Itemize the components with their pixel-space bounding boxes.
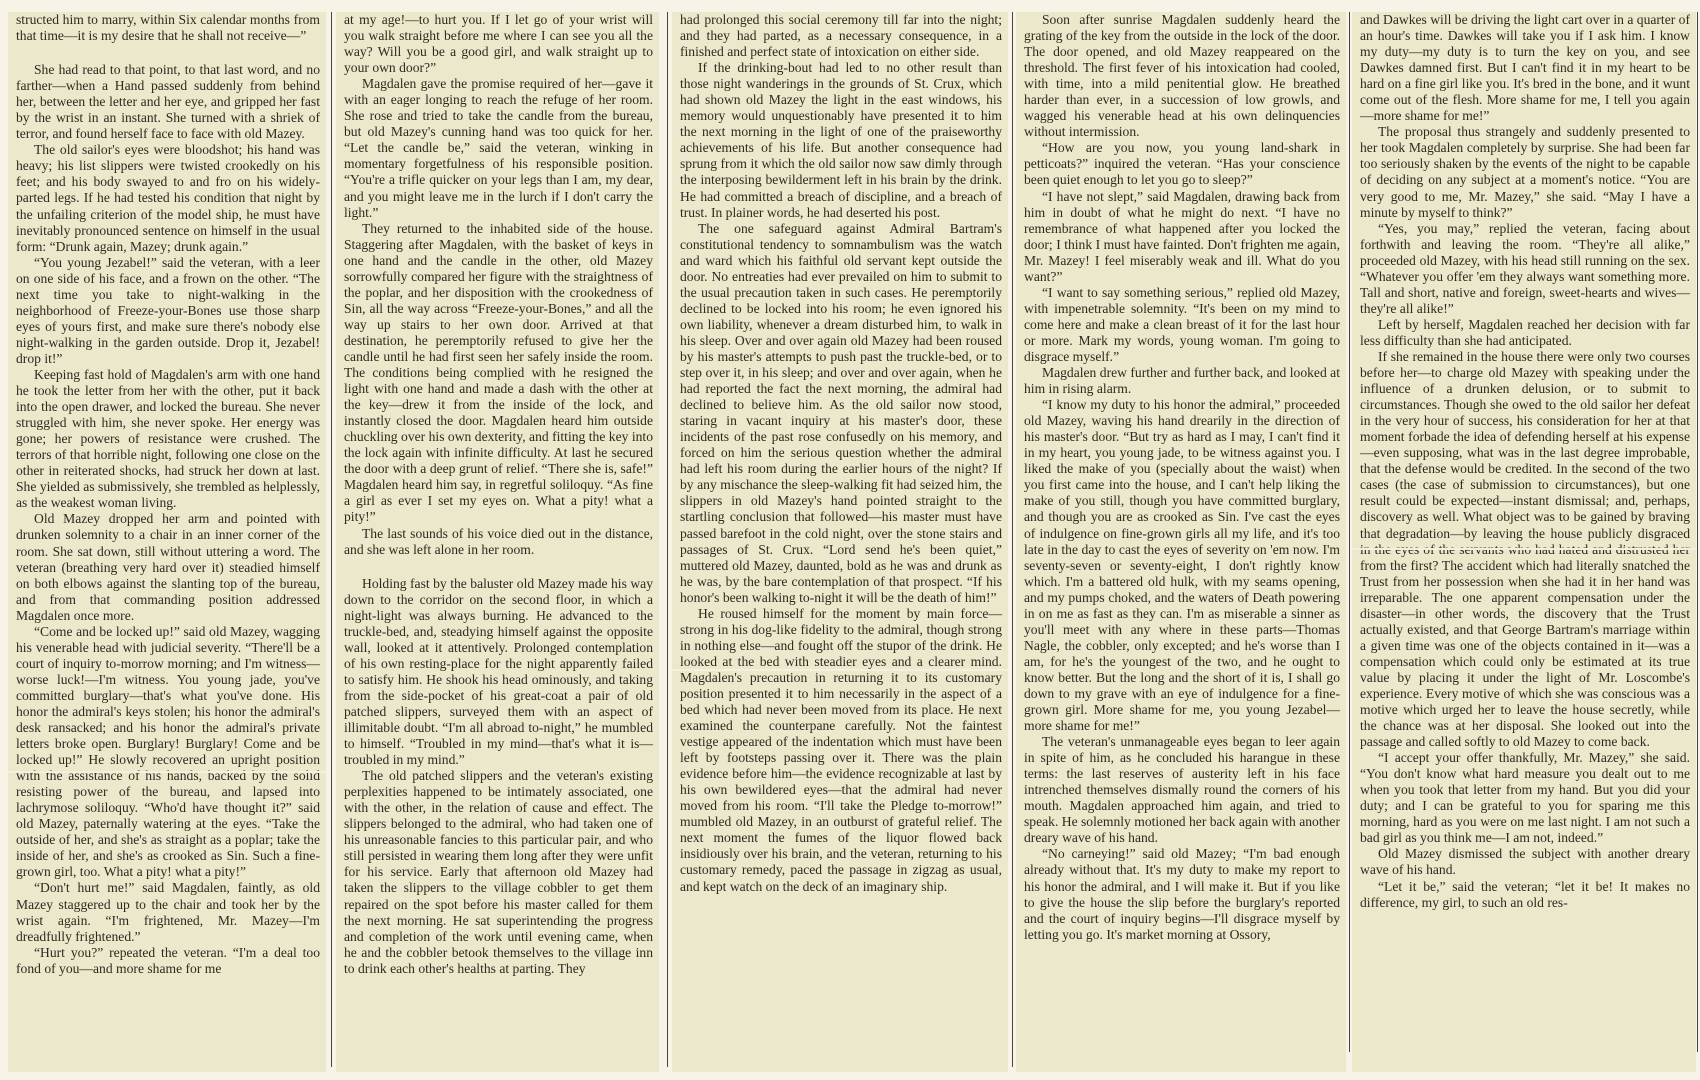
column-rule (331, 12, 332, 1067)
clipping-seam (8, 771, 326, 773)
paragraph: Old Mazey dismissed the subject with ano… (1360, 846, 1690, 878)
paragraph: “I want to say something serious,” repli… (1024, 285, 1340, 365)
paragraph: “No carneying!” said old Mazey; “I'm bad… (1024, 846, 1340, 942)
column-rule (667, 12, 668, 1067)
paragraph: The one safeguard against Admiral Bartra… (680, 221, 1002, 606)
paragraph: “How are you now, you young land-shark i… (1024, 140, 1340, 188)
text-column-2: at my age!—to hurt you. If I let go of y… (336, 12, 659, 1072)
paragraph: Magdalen gave the promise required of he… (344, 76, 653, 220)
paragraph: They returned to the inhabited side of t… (344, 221, 653, 526)
paragraph: “Let it be,” said the veteran; “let it b… (1360, 879, 1690, 911)
text-column-4: Soon after sunrise Magdalen suddenly hea… (1016, 12, 1346, 1072)
paragraph: The veteran's unmanageable eyes began to… (1024, 734, 1340, 846)
paragraph: “Yes, you may,” replied the veteran, fac… (1360, 221, 1690, 317)
paragraph: Soon after sunrise Magdalen suddenly hea… (1024, 12, 1340, 140)
paragraph: at my age!—to hurt you. If I let go of y… (344, 12, 653, 76)
paragraph: structed him to marry, within Six calend… (16, 12, 320, 44)
paragraph: and Dawkes will be driving the light car… (1360, 12, 1690, 124)
paragraph: Keeping fast hold of Magdalen's arm with… (16, 367, 320, 511)
paragraph: “You young Jezabel!” said the veteran, w… (16, 255, 320, 367)
text-column-1: structed him to marry, within Six calend… (8, 12, 326, 1072)
paragraph: Left by herself, Magdalen reached her de… (1360, 317, 1690, 349)
paragraph: “I accept your offer thankfully, Mr. Maz… (1360, 750, 1690, 846)
column-rule (1697, 12, 1698, 1052)
paragraph: Old Mazey dropped her arm and pointed wi… (16, 511, 320, 623)
clipping-seam (672, 669, 1008, 671)
paragraph: The old patched slippers and the veteran… (344, 768, 653, 977)
paragraph: “Hurt you?” repeated the veteran. “I'm a… (16, 945, 320, 977)
clipping-seam (1352, 548, 1696, 550)
column-rule (1349, 12, 1350, 1052)
paragraph: The old sailor's eyes were bloodshot; hi… (16, 142, 320, 254)
paragraph: “I know my duty to his honor the admiral… (1024, 397, 1340, 734)
text-column-3: had prolonged this social ceremony till … (672, 12, 1008, 1072)
paragraph: “I have not slept,” said Magdalen, drawi… (1024, 189, 1340, 285)
paragraph: She had read to that point, to that last… (16, 62, 320, 142)
paragraph: If the drinking-bout had led to no other… (680, 60, 1002, 220)
paragraph: The last sounds of his voice died out in… (344, 526, 653, 558)
paragraph: He roused himself for the moment by main… (680, 606, 1002, 895)
paragraph: “Come and be locked up!” said old Mazey,… (16, 624, 320, 881)
paragraph: Holding fast by the baluster old Mazey m… (344, 576, 653, 769)
column-rule (1012, 12, 1013, 1067)
text-column-5: and Dawkes will be driving the light car… (1352, 12, 1696, 1072)
paragraph: had prolonged this social ceremony till … (680, 12, 1002, 60)
paragraph: The proposal thus strangely and suddenly… (1360, 124, 1690, 220)
newspaper-page: structed him to marry, within Six calend… (0, 0, 1700, 1080)
paragraph: Magdalen drew further and further back, … (1024, 365, 1340, 397)
paragraph: “Don't hurt me!” said Magdalen, faintly,… (16, 880, 320, 944)
